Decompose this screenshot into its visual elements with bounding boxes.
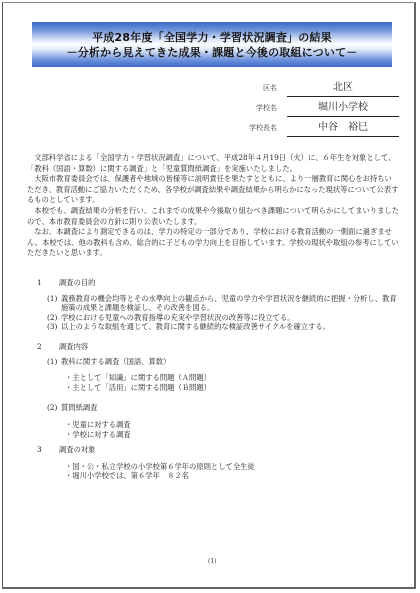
subsection-number: (1): [47, 357, 61, 367]
intro-text: 文部科学省による「全国学力・学習状況調査」について、平成28年４月19日（火）に…: [27, 153, 399, 259]
intro-paragraph-4: なお、本調査により測定できるのは、学力の特定の一部分であり、学校における教育活動…: [27, 227, 399, 259]
bullet-item: ・国・公・私立学校の小学校第６学年の原則として全生徒: [65, 462, 397, 472]
subsection-questionnaire: (2) 質問紙調査 ・児童に対する調査 ・学校に対する調査: [47, 403, 397, 439]
subsection-title: 教科に関する調査（国語、算数）: [61, 357, 170, 367]
school-value: 堀川小学校: [287, 101, 399, 117]
intro-paragraph-3: 本校でも、調査結果の分析を行い、これまでの成果や今後取り組むべき課題について明ら…: [27, 206, 399, 227]
ward-value: 北区: [287, 81, 399, 97]
page-number: (1): [208, 558, 217, 565]
principal-label: 学校長名: [235, 123, 287, 137]
bullet-item: ・児童に対する調査: [65, 420, 397, 430]
info-row-ward: 区名 北区: [235, 77, 405, 97]
subsection-heading: (2) 質問紙調査: [47, 403, 397, 413]
school-info-block: 区名 北区 学校名 堀川小学校 学校長名 中谷 裕巳: [235, 77, 405, 137]
subsection-subjects: (1) 教科に関する調査（国語、算数） ・主として「知識」に関する問題（Ａ問題）…: [47, 357, 397, 393]
item-text: 学校における児童への教育指導の充実や学習状況の改善等に役立てる。: [61, 313, 295, 323]
section-content: 2 調査内容 (1) 教科に関する調査（国語、算数） ・主として「知識」に関する…: [25, 342, 397, 439]
questionnaire-bullets: ・児童に対する調査 ・学校に対する調査: [65, 420, 397, 439]
info-row-principal: 学校長名 中谷 裕巳: [235, 117, 405, 137]
item-number: (2): [47, 313, 61, 323]
section-target: 3 調査の対象 ・国・公・私立学校の小学校第６学年の原則として全生徒 ・堀川小学…: [25, 445, 397, 481]
title-line-1: 平成28年度「全国学力・学習状況調査」の結果: [92, 30, 332, 45]
section-title: 調査の対象: [59, 445, 95, 455]
bullet-item: ・学校に対する調査: [65, 430, 397, 440]
info-row-school: 学校名 堀川小学校: [235, 97, 405, 117]
intro-paragraph-1: 文部科学省による「全国学力・学習状況調査」について、平成28年４月19日（火）に…: [27, 153, 399, 174]
bullet-item: ・堀川小学校では、第６学年 ８２名: [65, 471, 397, 481]
section-purpose: 1 調査の目的 (1) 義務教育の機会均等とその水準向上の観点から、児童の学力や…: [25, 278, 397, 332]
target-bullets: ・国・公・私立学校の小学校第６学年の原則として全生徒 ・堀川小学校では、第６学年…: [65, 462, 397, 481]
item-text: 義務教育の機会均等とその水準向上の観点から、児童の学力や学習状況を継続的に把握・…: [61, 294, 397, 313]
purpose-item: (2) 学校における児童への教育指導の充実や学習状況の改善等に役立てる。: [47, 313, 397, 323]
school-label: 学校名: [235, 103, 287, 117]
subsection-title: 質問紙調査: [61, 403, 97, 413]
subsection-heading: (1) 教科に関する調査（国語、算数）: [47, 357, 397, 367]
title-banner: 平成28年度「全国学力・学習状況調査」の結果 －分析から見えてきた成果・課題と今…: [32, 22, 392, 67]
section-number: 2: [25, 342, 59, 352]
bullet-item: ・主として「活用」に関する問題（Ｂ問題）: [65, 383, 397, 393]
section-number: 1: [25, 278, 59, 288]
title-line-2: －分析から見えてきた成果・課題と今後の取組について－: [67, 45, 358, 60]
principal-value: 中谷 裕巳: [287, 121, 399, 137]
item-text: 以上のような取組を通じて、教育に関する継続的な検証改善サイクルを確立する。: [61, 322, 330, 332]
purpose-list: (1) 義務教育の機会均等とその水準向上の観点から、児童の学力や学習状況を継続的…: [47, 294, 397, 332]
section-number: 3: [25, 445, 59, 455]
section-heading: 1 調査の目的: [25, 278, 397, 288]
intro-paragraph-2: 大阪市教育委員会では、保護者や地域の皆様等に説明責任を果たすとともに、より一層教…: [27, 174, 399, 206]
purpose-item: (3) 以上のような取組を通じて、教育に関する継続的な検証改善サイクルを確立する…: [47, 322, 397, 332]
document-page: 平成28年度「全国学力・学習状況調査」の結果 －分析から見えてきた成果・課題と今…: [2, 2, 416, 589]
section-title: 調査の目的: [59, 278, 95, 288]
purpose-item: (1) 義務教育の機会均等とその水準向上の観点から、児童の学力や学習状況を継続的…: [47, 294, 397, 313]
item-number: (3): [47, 322, 61, 332]
item-number: (1): [47, 294, 61, 313]
section-heading: 3 調査の対象: [25, 445, 397, 455]
subject-bullets: ・主として「知識」に関する問題（Ａ問題） ・主として「活用」に関する問題（Ｂ問題…: [65, 373, 397, 392]
bullet-item: ・主として「知識」に関する問題（Ａ問題）: [65, 373, 397, 383]
ward-label: 区名: [235, 83, 287, 97]
subsection-number: (2): [47, 403, 61, 413]
section-heading: 2 調査内容: [25, 342, 397, 352]
section-title: 調査内容: [59, 342, 88, 352]
